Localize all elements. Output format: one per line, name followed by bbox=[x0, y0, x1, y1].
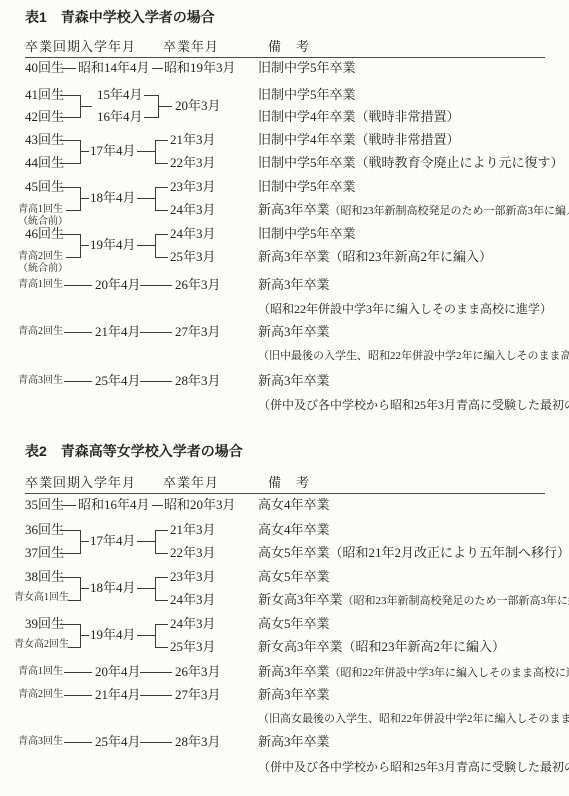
t2-rs1-note: 新高3年卒業（昭和22年併設中学3年に編入しそのまま高校に進学） bbox=[258, 663, 569, 682]
connector-line bbox=[152, 68, 163, 69]
t1-rs3-gen: 青高3回生 bbox=[18, 374, 63, 388]
bracket-line bbox=[60, 577, 80, 578]
bracket-line bbox=[155, 647, 168, 648]
connector-line bbox=[152, 505, 163, 506]
t2-rs2-note2: （旧高女最後の入学生、昭和22年併設中学2年に編入しそのまま高校に進学） bbox=[258, 711, 569, 727]
bracket-line bbox=[80, 106, 92, 107]
t1-rs3-note: 新高3年卒業 bbox=[258, 372, 330, 390]
bracket-line bbox=[60, 553, 80, 554]
t2-g38-entry: 18年4月 bbox=[90, 579, 136, 597]
t2-rs3-note: 新高3年卒業 bbox=[258, 733, 330, 751]
t2-g3637-note-top: 高女4年卒業 bbox=[258, 521, 330, 539]
t2-row35-gen: 35回生 bbox=[25, 496, 64, 514]
bracket-line bbox=[80, 624, 81, 648]
bracket-line bbox=[155, 530, 168, 531]
t1-header-remarks: 備 考 bbox=[268, 38, 310, 56]
bracket-line bbox=[60, 117, 80, 118]
t1-rs2-grad: 27年3月 bbox=[175, 323, 221, 341]
t1-g45-note-bot-paren: （昭和23年新制高校発足のため一部新高3年に編入） bbox=[330, 205, 569, 217]
bracket-line bbox=[137, 198, 155, 199]
connector-line bbox=[64, 332, 92, 333]
t1-row40-gen: 40回生 bbox=[25, 59, 64, 77]
t1-g4142-gen-bot: 42回生 bbox=[25, 108, 64, 126]
t1-g46-note-bot: 新高3年卒業（昭和23年新高2年に編入） bbox=[258, 248, 492, 266]
connector-line bbox=[64, 742, 92, 743]
document-page: 表1 青森中学校入学者の場合 卒業回期 入学年月 卒業年月 備 考 40回生 昭… bbox=[0, 0, 569, 796]
t2-header-entry-date: 入学年月 bbox=[80, 474, 136, 492]
bracket-line bbox=[80, 530, 81, 554]
t1-g45-gen-top: 45回生 bbox=[25, 178, 64, 196]
t2-header-grad-round: 卒業回期 bbox=[25, 474, 81, 492]
bracket-line bbox=[68, 647, 80, 648]
t1-g4142-note-bot: 旧制中学4年卒業（戦時非常措置） bbox=[258, 108, 460, 126]
bracket-line bbox=[80, 151, 89, 152]
t1-g45-note-top: 旧制中学5年卒業 bbox=[258, 178, 356, 196]
bracket-line bbox=[137, 588, 155, 589]
bracket-line bbox=[66, 210, 80, 211]
bracket-line bbox=[144, 117, 158, 118]
t1-g46-grad-top: 24年3月 bbox=[170, 225, 216, 243]
t1-g45-entry: 18年4月 bbox=[90, 189, 136, 207]
bracket-line bbox=[155, 234, 168, 235]
t1-g46-gen-bot-sub: （統合前） bbox=[18, 262, 68, 276]
t1-row40-note: 旧制中学5年卒業 bbox=[258, 59, 356, 77]
t1-rs2-gen: 青高2回生 bbox=[18, 325, 63, 339]
t1-g4344-note-top: 旧制中学4年卒業（戦時非常措置） bbox=[258, 131, 460, 149]
bracket-line bbox=[80, 541, 89, 542]
t2-g39-entry: 19年4月 bbox=[90, 626, 136, 644]
t2-g39-note-bot: 新女高3年卒業（昭和23年新高2年に編入） bbox=[258, 638, 505, 656]
t1-g4142-grad: 20年3月 bbox=[175, 97, 221, 115]
bracket-line bbox=[60, 187, 80, 188]
t1-g46-gen-top: 46回生 bbox=[25, 225, 64, 243]
t1-g4142-gen-top: 41回生 bbox=[25, 86, 64, 104]
t1-rs2-entry: 21年4月 bbox=[95, 323, 141, 341]
t1-rs1-note: 新高3年卒業 bbox=[258, 276, 330, 294]
bracket-line bbox=[66, 257, 80, 258]
t2-rs1-gen: 青高1回生 bbox=[18, 665, 63, 679]
t1-g4142-entry-top: 15年4月 bbox=[97, 86, 143, 104]
bracket-line bbox=[60, 140, 80, 141]
t1-rs2-note2: （旧中最後の入学生、昭和22年併設中学2年に編入しそのまま高校に進学） bbox=[258, 348, 569, 364]
t2-rs2-note: 新高3年卒業 bbox=[258, 686, 330, 704]
bracket-line bbox=[137, 635, 155, 636]
t1-g4344-grad-bot: 22年3月 bbox=[170, 154, 216, 172]
bracket-line bbox=[155, 577, 168, 578]
bracket-line bbox=[80, 198, 89, 199]
t2-g38-gen-top: 38回生 bbox=[25, 568, 64, 586]
connector-line bbox=[140, 285, 172, 286]
t1-row40-entry: 昭和14年4月 bbox=[78, 59, 150, 77]
bracket-line bbox=[155, 140, 168, 141]
t2-g3637-grad-bot: 22年3月 bbox=[170, 544, 216, 562]
t2-g38-note-bot-paren: （昭和23年新制高校発足のため一部新高3年に編入） bbox=[343, 595, 569, 607]
connector-line bbox=[62, 505, 76, 506]
bracket-line bbox=[137, 541, 155, 542]
bracket-line bbox=[80, 140, 81, 164]
t1-rs2-note: 新高3年卒業 bbox=[258, 323, 330, 341]
bracket-line bbox=[137, 151, 155, 152]
connector-line bbox=[64, 695, 92, 696]
bracket-line bbox=[155, 577, 156, 601]
connector-line bbox=[64, 285, 92, 286]
t2-row35-grad: 昭和20年3月 bbox=[164, 496, 236, 514]
connector-line bbox=[140, 672, 172, 673]
connector-line bbox=[140, 332, 172, 333]
t2-g3637-grad-top: 21年3月 bbox=[170, 521, 216, 539]
t2-g39-grad-bot: 25年3月 bbox=[170, 638, 216, 656]
t2-rs3-grad: 28年3月 bbox=[175, 733, 221, 751]
bracket-line bbox=[155, 187, 168, 188]
t2-header-grad-date: 卒業年月 bbox=[163, 474, 219, 492]
bracket-line bbox=[155, 624, 168, 625]
t1-g4344-note-bot: 旧制中学5年卒業（戦時教育令廃止により元に復す） bbox=[258, 154, 564, 172]
bracket-line bbox=[155, 140, 156, 164]
t2-g39-note-top: 高女5年卒業 bbox=[258, 615, 330, 633]
t1-header-grad-round: 卒業回期 bbox=[25, 38, 81, 56]
connector-line bbox=[140, 742, 172, 743]
bracket-line bbox=[155, 624, 156, 648]
t2-rs2-gen: 青高2回生 bbox=[18, 688, 63, 702]
t1-rs3-note2: （併中及び各中学校から昭和25年3月青高に受験した最初の学年） bbox=[258, 397, 569, 413]
table2-title: 表2 青森高等女学校入学者の場合 bbox=[25, 441, 243, 461]
t2-g38-note-top: 高女5年卒業 bbox=[258, 568, 330, 586]
bracket-line bbox=[137, 245, 155, 246]
t1-rs1-entry: 20年4月 bbox=[95, 276, 141, 294]
t2-row35-note: 高女4年卒業 bbox=[258, 496, 330, 514]
bracket-line bbox=[155, 600, 168, 601]
t2-rs3-gen: 青高3回生 bbox=[18, 735, 63, 749]
t2-g3637-note-bot: 高女5年卒業（昭和21年2月改正により五年制へ移行） bbox=[258, 544, 569, 562]
t1-g4344-gen-top: 43回生 bbox=[25, 131, 64, 149]
t1-header-rule bbox=[25, 57, 545, 58]
t1-g4344-grad-top: 21年3月 bbox=[170, 131, 216, 149]
t1-rs1-note2: （昭和22年併設中学3年に編入しそのまま高校に進学） bbox=[258, 301, 552, 317]
t1-rs3-grad: 28年3月 bbox=[175, 372, 221, 390]
t2-rs1-entry: 20年4月 bbox=[95, 663, 141, 681]
t2-rs1-note-paren: （昭和22年併設中学3年に編入しそのまま高校に進学） bbox=[330, 667, 569, 679]
t1-g4142-note-top: 旧制中学5年卒業 bbox=[258, 86, 356, 104]
t2-header-rule bbox=[25, 493, 545, 494]
t2-g3637-gen-top: 36回生 bbox=[25, 521, 64, 539]
bracket-line bbox=[80, 187, 81, 211]
connector-line bbox=[64, 672, 92, 673]
bracket-line bbox=[60, 624, 80, 625]
t2-rs2-grad: 27年3月 bbox=[175, 686, 221, 704]
bracket-line bbox=[80, 234, 81, 258]
t1-header-entry-date: 入学年月 bbox=[80, 38, 136, 56]
bracket-line bbox=[60, 234, 80, 235]
bracket-line bbox=[80, 588, 89, 589]
t1-header-grad-date: 卒業年月 bbox=[163, 38, 219, 56]
bracket-line bbox=[155, 530, 156, 554]
t1-g45-grad-bot: 24年3月 bbox=[170, 201, 216, 219]
t1-g46-entry: 19年4月 bbox=[90, 236, 136, 254]
t2-rs2-entry: 21年4月 bbox=[95, 686, 141, 704]
t2-g38-gen-bot: 青女高1回生 bbox=[14, 591, 69, 605]
bracket-line bbox=[60, 530, 80, 531]
bracket-line bbox=[155, 553, 168, 554]
t1-rs1-gen: 青高1回生 bbox=[18, 278, 63, 292]
bracket-line bbox=[155, 210, 168, 211]
bracket-line bbox=[80, 635, 89, 636]
connector-line bbox=[64, 381, 92, 382]
bracket-line bbox=[155, 234, 156, 258]
t2-header-remarks: 備 考 bbox=[268, 474, 310, 492]
t1-g45-note-bot: 新高3年卒業（昭和23年新制高校発足のため一部新高3年に編入） bbox=[258, 201, 569, 220]
t1-g46-note-top: 旧制中学5年卒業 bbox=[258, 225, 356, 243]
bracket-line bbox=[80, 245, 89, 246]
t1-g4142-entry-bot: 16年4月 bbox=[97, 108, 143, 126]
t1-rs1-grad: 26年3月 bbox=[175, 276, 221, 294]
bracket-line bbox=[68, 600, 80, 601]
bracket-line bbox=[158, 106, 172, 107]
connector-line bbox=[140, 695, 172, 696]
t1-rs3-entry: 25年4月 bbox=[95, 372, 141, 390]
t2-g39-gen-bot: 青女高2回生 bbox=[14, 638, 69, 652]
bracket-line bbox=[60, 163, 80, 164]
t2-rs3-note2: （併中及び各中学校から昭和25年3月青高に受験した最初の学年） bbox=[258, 759, 569, 775]
t1-g4344-entry: 17年4月 bbox=[90, 142, 136, 160]
t2-rs1-grad: 26年3月 bbox=[175, 663, 221, 681]
t1-g46-grad-bot: 25年3月 bbox=[170, 248, 216, 266]
t2-g3637-gen-bot: 37回生 bbox=[25, 544, 64, 562]
t2-g39-grad-top: 24年3月 bbox=[170, 615, 216, 633]
bracket-line bbox=[155, 163, 168, 164]
t2-row35-entry: 昭和16年4月 bbox=[78, 496, 150, 514]
bracket-line bbox=[155, 187, 156, 211]
t2-g3637-entry: 17年4月 bbox=[90, 532, 136, 550]
t2-g38-note-bot: 新女高3年卒業（昭和23年新制高校発足のため一部新高3年に編入） bbox=[258, 591, 569, 610]
t1-g45-grad-top: 23年3月 bbox=[170, 178, 216, 196]
table1-title: 表1 青森中学校入学者の場合 bbox=[25, 7, 215, 27]
bracket-line bbox=[80, 577, 81, 601]
connector-line bbox=[62, 68, 76, 69]
bracket-line bbox=[144, 95, 158, 96]
t2-g38-grad-bot: 24年3月 bbox=[170, 591, 216, 609]
connector-line bbox=[140, 381, 172, 382]
t2-g39-gen-top: 39回生 bbox=[25, 615, 64, 633]
t2-rs3-entry: 25年4月 bbox=[95, 733, 141, 751]
bracket-line bbox=[155, 257, 168, 258]
t1-row40-grad: 昭和19年3月 bbox=[164, 59, 236, 77]
bracket-line bbox=[60, 95, 80, 96]
t2-g38-grad-top: 23年3月 bbox=[170, 568, 216, 586]
t1-g4344-gen-bot: 44回生 bbox=[25, 154, 64, 172]
